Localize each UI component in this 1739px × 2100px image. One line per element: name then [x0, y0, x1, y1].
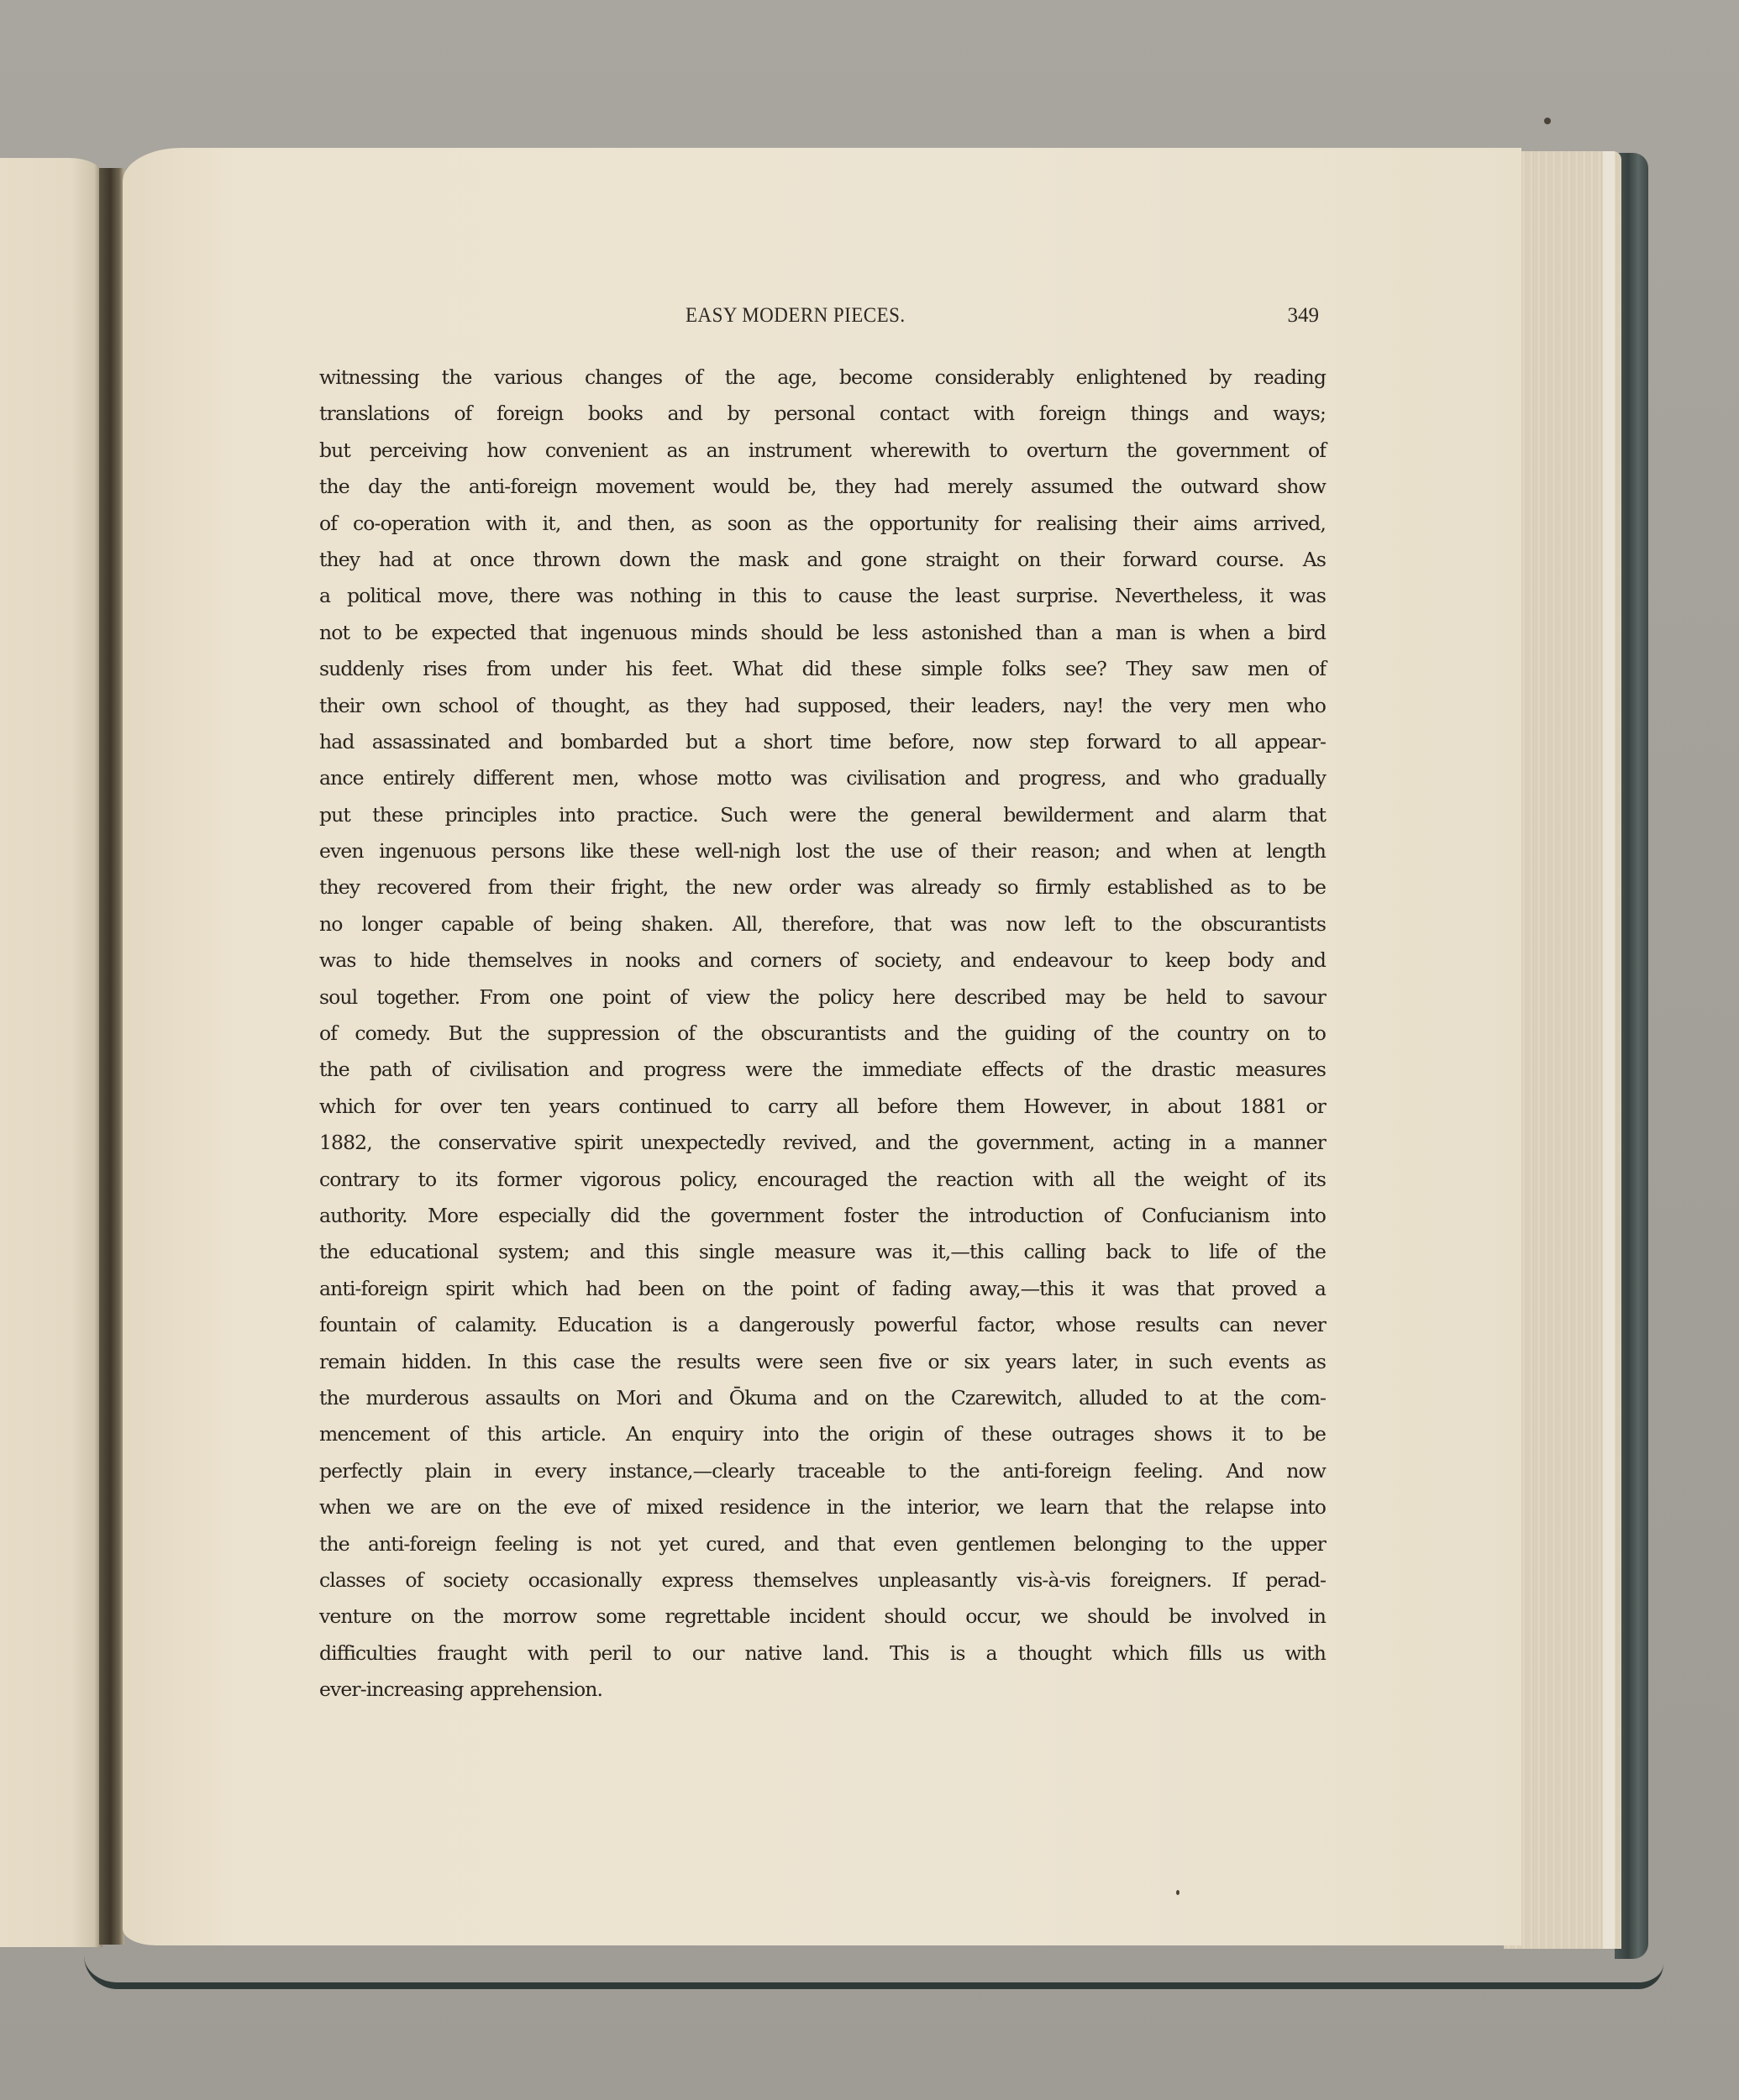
text-line: the murderous assaults on Mori and Ōkuma… [319, 1380, 1326, 1416]
text-line: perfectly plain in every instance,—clear… [319, 1453, 1326, 1489]
text-line: difficulties fraught with peril to our n… [319, 1635, 1326, 1672]
text-line: had assassinated and bombarded but a sho… [319, 724, 1326, 760]
text-line: put these principles into practice. Such… [319, 797, 1326, 833]
page-number: 349 [1288, 304, 1320, 328]
text-line: venture on the morrow some regrettable i… [319, 1599, 1326, 1635]
text-line: the educational system; and this single … [319, 1234, 1326, 1270]
paper-speck [1544, 118, 1551, 124]
text-line: they recovered from their fright, the ne… [319, 869, 1326, 906]
text-line: was to hide themselves in nooks and corn… [319, 942, 1326, 979]
text-line: which for over ten years continued to ca… [319, 1089, 1326, 1125]
text-line: the anti-foreign feeling is not yet cure… [319, 1526, 1326, 1562]
page-stack-edges [1504, 151, 1621, 1949]
text-line: suddenly rises from under his feet. What… [319, 651, 1326, 687]
text-line: fountain of calamity. Education is a dan… [319, 1307, 1326, 1343]
text-line-last: ever-increasing apprehension. [319, 1672, 1326, 1708]
text-line: soul together. From one point of view th… [319, 979, 1326, 1016]
text-line: authority. More especially did the gover… [319, 1198, 1326, 1234]
text-line: they had at once thrown down the mask an… [319, 542, 1326, 578]
text-line: translations of foreign books and by per… [319, 396, 1326, 432]
text-line: not to be expected that ingenuous minds … [319, 615, 1326, 651]
text-line: anti-foreign spirit which had been on th… [319, 1271, 1326, 1307]
book-gutter [99, 168, 124, 1945]
text-line: a political move, there was nothing in t… [319, 578, 1326, 614]
text-line: 1882, the conservative spirit unexpected… [319, 1125, 1326, 1161]
body-text: witnessing the various changes of the ag… [319, 360, 1326, 1708]
text-line: the day the anti-foreign movement would … [319, 469, 1326, 505]
text-line: the path of civilisation and progress we… [319, 1052, 1326, 1088]
text-line: even ingenuous persons like these well-n… [319, 833, 1326, 869]
text-line: contrary to its former vigorous policy, … [319, 1162, 1326, 1198]
text-line: when we are on the eve of mixed residenc… [319, 1489, 1326, 1525]
text-line: of comedy. But the suppression of the ob… [319, 1016, 1326, 1052]
text-line: remain hidden. In this case the results … [319, 1344, 1326, 1380]
text-line: of co-operation with it, and then, as so… [319, 506, 1326, 542]
text-line: no longer capable of being shaken. All, … [319, 906, 1326, 942]
text-line: their own school of thought, as they had… [319, 688, 1326, 724]
text-line: but perceiving how convenient as an inst… [319, 433, 1326, 469]
text-line: ance entirely different men, whose motto… [319, 760, 1326, 796]
left-page-edge [0, 158, 102, 1947]
text-line: mencement of this article. An enquiry in… [319, 1416, 1326, 1452]
paper-speck [1176, 1890, 1179, 1895]
running-header: EASY MODERN PIECES. 349 [319, 304, 1326, 338]
running-title: EASY MODERN PIECES. [360, 304, 1285, 328]
text-line: classes of society occasionally express … [319, 1562, 1326, 1599]
text-line: witnessing the various changes of the ag… [319, 360, 1326, 396]
